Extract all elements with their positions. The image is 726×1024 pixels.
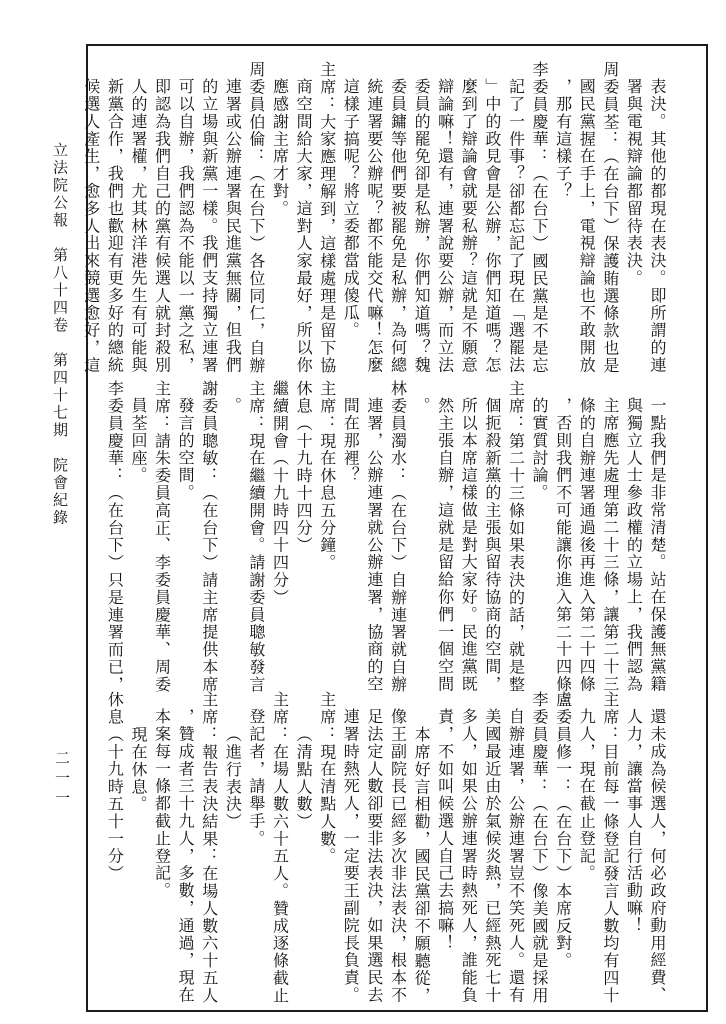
text-column: ，那有這樣子？ [551,61,575,379]
text-column: ，否則我們不可能讓你進入第二十四條 [551,380,575,698]
text-column: 候選人產生，愈多人出來競選愈好，這 [79,61,103,379]
text-column: 辯論嘛！還有，連署說要公辦，而立法 [433,61,457,379]
text-column: 主席應先處理第二十三條，讓第二十三 [598,380,622,698]
text-column: 可以自辦，我們認為不能以一黨之私， [174,61,198,379]
text-column: 發言的空間。 [174,380,198,698]
text-column: 林委員濁水：（在台下）自辦連署就自辦 [386,380,410,698]
text-column: 主席：請朱委員高正、李委員慶華、周委 [150,380,174,698]
text-column: 連署或公辦連署與民進黨無關，但我們 [221,61,245,379]
text-band-2: 一點我們是非常清楚。站在保護無黨籍與獨立人士參政權的立場上，我們認為主席應先處理… [103,380,669,698]
text-column: 現在休息。 [126,691,150,1009]
text-column: 主席：第二十三條如果表決的話，就是整 [504,380,528,698]
text-column: 李委員慶華：（在台下）國民黨是不是忘 [527,61,551,379]
page-number: 二一一 [52,750,72,840]
text-column: 主席：現在休息五分鐘。 [315,380,339,698]
text-column: 主席：現在清點人數。 [315,691,339,1009]
text-column: 休息（十九時五十一分） [103,691,127,1009]
text-column: 美國最近由於氣候炎熱，已經熱死七十 [480,691,504,1009]
text-column: 本案每一條都截止登記。 [150,691,174,1009]
text-column: 像王副院長已經多次非法表決，根本不 [386,691,410,1009]
text-column: 連署，公辦連署就公辦連署，協商的空 [362,380,386,698]
text-column: 九人，現在截止登記。 [575,691,599,1009]
text-column: 商空間給大家，這對人家最好，所以你 [292,61,316,379]
text-column: 所以本席這樣做是對大家好。民進黨既 [457,380,481,698]
text-column: 足法定人數卻要非法表決，如果選民去 [362,691,386,1009]
text-column: 委員鏞等他們要被罷免是私辦，為何總 [386,61,410,379]
text-column: 國民黨握在手上，電視辯論也不敢開放 [575,61,599,379]
text-column: 個扼殺新黨的主張與留待協商的空間， [480,380,504,698]
text-column: 自辦連署，公辦連署豈不笑死人。還有 [504,691,528,1009]
text-column: 間在那裡？ [339,380,363,698]
text-column: 本席好言相勸，國民黨卻不願聽從， [409,691,433,1009]
text-column: 統連署要公辦呢？都不能交代嘛！怎麼 [362,61,386,379]
text-column: 主席：報告表決結果：在場人數六十五人 [197,691,221,1009]
text-column: 主席：大家應理解到，這樣處理是留下協 [315,61,339,379]
text-column: 然主張自辦，這就是留給你們一個空間 [433,380,457,698]
text-column: 周委員伯倫：（在台下）各位同仁，自辦 [244,61,268,379]
text-column: 主席：在場人數六十五人。贊成逐條截止 [268,691,292,1009]
text-column: 李委員慶華：（在台下）像美國就是採用 [527,691,551,1009]
text-column: 員荃回座。 [126,380,150,698]
text-column: 署與電視辯論都留待表決。 [622,61,646,379]
text-column: 謝委員聰敏：（在台下）請主席提供本席 [197,380,221,698]
text-column: 。 [409,380,433,698]
text-column: 李委員慶華：（在台下）只是連署而已， [103,380,127,698]
text-column: 新黨合作，我們也歡迎有更多好的總統 [103,61,127,379]
text-column: 盧委員修一：（在台下）本席反對。 [551,691,575,1009]
text-column: 責，不如叫候選人自己去搞嘛！ [433,691,457,1009]
text-column: 即認為我們自己的黨有候選人就封殺別 [150,61,174,379]
text-column: 人力，讓當事人自行活動嘛！ [622,691,646,1009]
spine-title: 立法院公報 第八十四卷 第四十七期 院會紀錄 [50,142,70,702]
text-column: 休息（十九時十四分） [292,380,316,698]
text-column: （清點人數） [292,691,316,1009]
text-column: 人的連署權，尤其林洋港先生有可能與 [126,61,150,379]
text-column: 委員的罷免卻是私辦，你們知道嗎？魏 [409,61,433,379]
text-column: 周委員荃：（在台下）保護賄選條款也是 [598,61,622,379]
text-column: 與獨立人士參政權的立場上，我們認為 [622,380,646,698]
text-column: 應感謝主席才對。 [268,61,292,379]
text-column: （進行表決） [221,691,245,1009]
text-column: 的立場與新黨一樣。我們支持獨立連署 [197,61,221,379]
text-column: 。 [221,380,245,698]
text-column: 記了一件事？卻都忘記了現在「選罷法 [504,61,528,379]
text-band-3: 還未成為候選人，何必政府動用經費、人力，讓當事人自行活動嘛！主席：目前每一條登記… [103,691,669,1009]
text-column: 」中的政見會是公辦，你們知道嗎？怎 [480,61,504,379]
text-column: 登記者，請舉手。 [244,691,268,1009]
text-column: 主席：現在繼續開會。請謝委員聰敏發言 [244,380,268,698]
text-column: 連署時熱死人，一定要王副院長負責。 [339,691,363,1009]
text-column: 表決。其他的都現在表決。即所謂的連 [645,61,669,379]
text-column: 這樣子搞呢？將立委都當成傻瓜。 [339,61,363,379]
text-column: 一點我們是非常清楚。站在保護無黨籍 [645,380,669,698]
gazette-page: { "document": { "spine_title": "立法院公報 第八… [0,0,726,1024]
text-column: 麼到了辯論會就要私辦？這就是不願意 [457,61,481,379]
text-column: 的實質討論。 [527,380,551,698]
text-column: ，贊成者三十九人，多數，通過，現在 [174,691,198,1009]
text-column: 繼續開會（十九時四十四分） [268,380,292,698]
text-column: 多人，如果公辦連署時熱死人，誰能負 [457,691,481,1009]
text-band-1: 表決。其他的都現在表決。即所謂的連署與電視辯論都留待表決。周委員荃：（在台下）保… [79,61,669,379]
text-column: 還未成為候選人，何必政府動用經費、 [645,691,669,1009]
text-column: 條的自辦連署通過後再進入第二十四條 [575,380,599,698]
text-column: 主席：目前每一條登記發言人數均有四十 [598,691,622,1009]
